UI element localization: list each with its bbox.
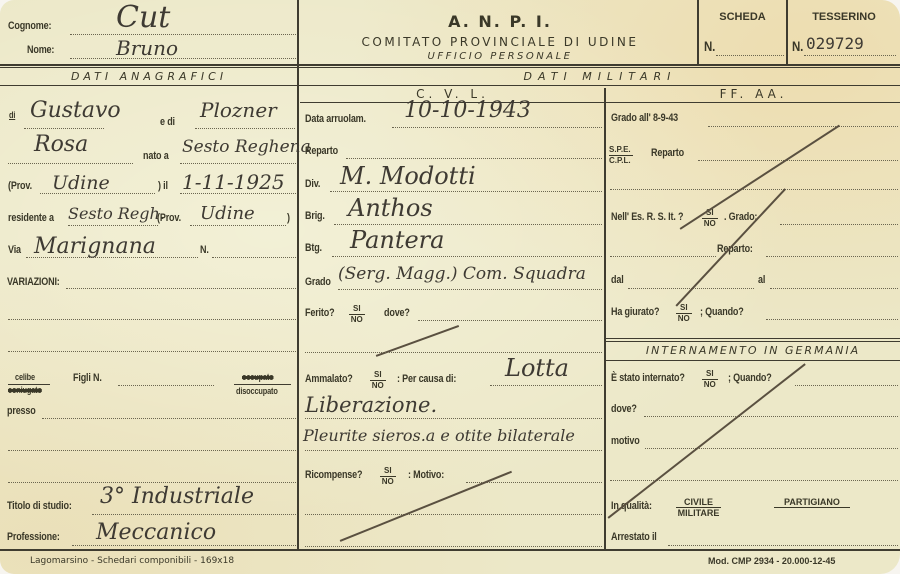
ferito-label: Ferito? xyxy=(305,307,334,319)
motivo-int-line xyxy=(645,448,898,449)
anpi-personnel-card: Cognome: Cut Nome: Bruno A. N. P. I. COM… xyxy=(0,0,900,574)
madre-nome-value: Rosa xyxy=(34,132,88,157)
org-subtitle: COMITATO PROVINCIALE DI UDINE xyxy=(300,35,700,49)
variazioni-line xyxy=(8,319,296,320)
militare-option[interactable]: MILITARE xyxy=(676,508,721,518)
nome-value: Bruno xyxy=(116,36,178,60)
n-label: N. xyxy=(200,244,209,256)
data-arruolam-line xyxy=(392,127,602,128)
section-title-militari: DATI MILITARI xyxy=(300,70,900,83)
blank-line xyxy=(305,352,602,353)
coniugato-label: coniugato xyxy=(8,385,42,395)
close-paren: ) xyxy=(287,212,290,224)
disoccupato-label: disoccupato xyxy=(236,386,278,396)
rule xyxy=(606,338,900,339)
si-option[interactable]: SI xyxy=(380,466,396,477)
divider xyxy=(697,0,699,64)
padre-line xyxy=(24,128,104,129)
dove-line xyxy=(418,320,602,321)
column-divider xyxy=(297,0,299,550)
brig-line xyxy=(334,224,602,225)
rule xyxy=(300,102,900,103)
residente-label: residente a xyxy=(8,212,54,224)
il-label: ) il xyxy=(158,180,168,192)
rule xyxy=(0,85,900,86)
spe-cpl-toggle[interactable]: S.P.E. C.P.L. xyxy=(609,145,633,166)
variazioni-label: VARIAZIONI: xyxy=(7,276,60,288)
cognome-value: Cut xyxy=(116,0,170,35)
prov-label: (Prov. xyxy=(8,180,32,192)
professione-line xyxy=(72,545,296,546)
professione-label: Professione: xyxy=(7,531,60,543)
causa-line2-value: Liberazione. xyxy=(305,393,437,417)
nell-es-label: Nell' Es. R. S. It. ? xyxy=(611,211,683,223)
quando-line xyxy=(766,319,898,320)
cpl-option[interactable]: C.P.L. xyxy=(609,156,633,166)
si-option[interactable]: SI xyxy=(349,304,365,315)
blank-line xyxy=(610,189,898,190)
causa-line xyxy=(305,450,602,451)
civile-militare-toggle[interactable]: CIVILE MILITARE xyxy=(676,497,721,518)
celibe-label: celibe xyxy=(15,372,35,382)
div-value: M. Modotti xyxy=(340,162,476,190)
internato-si-no[interactable]: SI NO xyxy=(702,369,718,390)
rule xyxy=(0,549,900,551)
no-option[interactable]: NO xyxy=(349,315,365,325)
motivo-int-label: motivo xyxy=(611,435,640,447)
btg-line xyxy=(332,256,602,257)
btg-label: Btg. xyxy=(305,242,322,254)
no-option[interactable]: NO xyxy=(702,380,718,390)
brig-label: Brig. xyxy=(305,210,325,222)
grado-label: Grado xyxy=(305,276,331,288)
titolo-studio-label: Titolo di studio: xyxy=(7,500,72,512)
reparto-line xyxy=(346,158,602,159)
arrestato-line xyxy=(668,545,898,546)
nome-label: Nome: xyxy=(27,44,54,56)
nato-a-value: Sesto Reghena xyxy=(182,137,311,157)
blank-line xyxy=(305,546,602,547)
titolo-studio-line xyxy=(92,514,296,515)
btg-value: Pantera xyxy=(350,226,444,254)
dove-int-line xyxy=(644,416,898,417)
per-causa-label: : Per causa di: xyxy=(397,373,456,385)
dal-label: dal xyxy=(611,274,624,286)
internato-label: È stato internato? xyxy=(611,372,685,384)
professione-value: Meccanico xyxy=(96,520,216,545)
grado-value: (Serg. Magg.) Com. Squadra xyxy=(338,264,586,284)
blank-line xyxy=(305,514,602,515)
nome-line xyxy=(70,58,296,59)
prov-residenza-value: Udine xyxy=(200,203,255,224)
grado-8-9-43-label: Grado all' 8-9-43 xyxy=(611,112,678,124)
arrestato-label: Arrestato il xyxy=(611,531,657,543)
si-option[interactable]: SI xyxy=(702,369,718,380)
rule xyxy=(606,341,900,342)
ricompense-label: Ricompense? xyxy=(305,469,362,481)
occupato-label: occupato xyxy=(242,372,273,382)
ferito-si-no[interactable]: SI NO xyxy=(349,304,365,325)
data-arruolam-label: Data arruolam. xyxy=(305,113,366,125)
dove-label: dove? xyxy=(384,307,410,319)
org-office: UFFICIO PERSONALE xyxy=(300,51,700,62)
madre-cognome-value: Plozner xyxy=(200,98,277,122)
tesserino-line xyxy=(804,55,896,56)
spe-option[interactable]: S.P.E. xyxy=(609,145,633,156)
tesserino-n-label: N. xyxy=(792,38,803,54)
civile-option[interactable]: CIVILE xyxy=(676,497,721,508)
variazioni-line xyxy=(66,288,296,289)
prov-res-label: (Prov. xyxy=(157,212,181,224)
internamento-title: INTERNAMENTO IN GERMANIA xyxy=(606,344,900,357)
nato-a-line xyxy=(180,163,296,164)
brig-value: Anthos xyxy=(348,194,433,222)
scheda-n-label: N. xyxy=(704,38,715,54)
no-option[interactable]: NO xyxy=(370,381,386,391)
causa-line xyxy=(305,418,602,419)
div-line xyxy=(330,191,602,192)
madre-line xyxy=(195,128,295,129)
partigiano-option[interactable]: PARTIGIANO xyxy=(774,497,850,508)
quando-label: ; Quando? xyxy=(700,306,744,318)
grado-line xyxy=(338,289,602,290)
reparto-ffaa-line xyxy=(698,160,898,161)
si-option[interactable]: SI xyxy=(370,370,386,381)
scheda-label: SCHEDA xyxy=(699,11,786,23)
presso-line xyxy=(42,418,296,419)
internato-quando-line xyxy=(795,385,898,386)
cognome-line xyxy=(70,34,296,35)
presso-line xyxy=(8,450,296,451)
di-label: di xyxy=(9,110,15,120)
residenza-line xyxy=(68,225,158,226)
causa-line xyxy=(490,385,602,386)
giurato-label: Ha giurato? xyxy=(611,306,659,318)
partigiano-option-wrap[interactable]: PARTIGIANO xyxy=(774,497,850,508)
residenza-value: Sesto Regh. xyxy=(68,204,165,223)
blank-line xyxy=(8,482,296,483)
scheda-line xyxy=(716,55,784,56)
rule xyxy=(0,64,900,66)
fraction-bar xyxy=(234,384,291,385)
reparto2-pre-line xyxy=(610,256,716,257)
n-line xyxy=(212,257,296,258)
tesserino-value: 029729 xyxy=(806,34,864,53)
org-title: A. N. P. I. xyxy=(300,12,700,31)
ffaa-title: FF. AA. xyxy=(607,87,900,101)
no-option[interactable]: NO xyxy=(380,477,396,487)
madre-nome-line xyxy=(8,163,133,164)
void-stroke xyxy=(340,471,512,542)
prov-nascita-value: Udine xyxy=(52,172,110,194)
si-option[interactable]: SI xyxy=(676,303,692,314)
prov-res-line xyxy=(190,225,286,226)
causa-line1-value: Lotta xyxy=(505,354,569,382)
e-di-label: e di xyxy=(160,116,175,128)
al-line xyxy=(770,288,898,289)
column-divider xyxy=(604,88,606,550)
dove-int-label: dove? xyxy=(611,403,637,415)
figli-line xyxy=(118,385,214,386)
al-label: al xyxy=(758,274,765,286)
nato-a-label: nato a xyxy=(143,150,169,162)
model-footer: Mod. CMP 2934 - 20.000-12-45 xyxy=(708,556,835,566)
ammalato-si-no[interactable]: SI NO xyxy=(370,370,386,391)
variazioni-line xyxy=(8,351,296,352)
reparto-ffaa-label: Reparto xyxy=(651,147,684,159)
causa-line3-value: Pleurite sieros.a e otite bilaterale xyxy=(303,426,575,445)
internato-quando-label: ; Quando? xyxy=(728,372,772,384)
motivo-label: : Motivo: xyxy=(408,469,444,481)
data-nascita-value: 1-11-1925 xyxy=(182,170,285,194)
no-option[interactable]: NO xyxy=(702,219,718,229)
cognome-label: Cognome: xyxy=(8,20,51,32)
grado-8-9-43-line xyxy=(708,126,898,127)
divider xyxy=(786,0,788,64)
figli-label: Figli N. xyxy=(73,372,102,384)
printer-footer: Lagomarsino - Schedari componibili - 169… xyxy=(30,556,234,566)
rule xyxy=(0,67,900,68)
ricompense-si-no[interactable]: SI NO xyxy=(380,466,396,487)
section-title-anagrafici: DATI ANAGRAFICI xyxy=(0,70,298,83)
div-label: Div. xyxy=(305,178,320,190)
no-option[interactable]: NO xyxy=(676,314,692,324)
reparto2-line xyxy=(766,256,898,257)
grado-ffaa-line xyxy=(780,224,898,225)
rule xyxy=(606,360,900,361)
data-arruolam-value: 10-10-1943 xyxy=(404,98,531,123)
presso-label: presso xyxy=(7,405,36,417)
titolo-studio-value: 3° Industriale xyxy=(100,484,254,509)
padre-value: Gustavo xyxy=(30,98,121,123)
ammalato-label: Ammalato? xyxy=(305,373,353,385)
reparto-label: Reparto xyxy=(305,145,338,157)
via-value: Marignana xyxy=(34,234,156,259)
via-label: Via xyxy=(8,244,21,256)
giurato-si-no[interactable]: SI NO xyxy=(676,303,692,324)
tesserino-label: TESSERINO xyxy=(788,11,900,23)
